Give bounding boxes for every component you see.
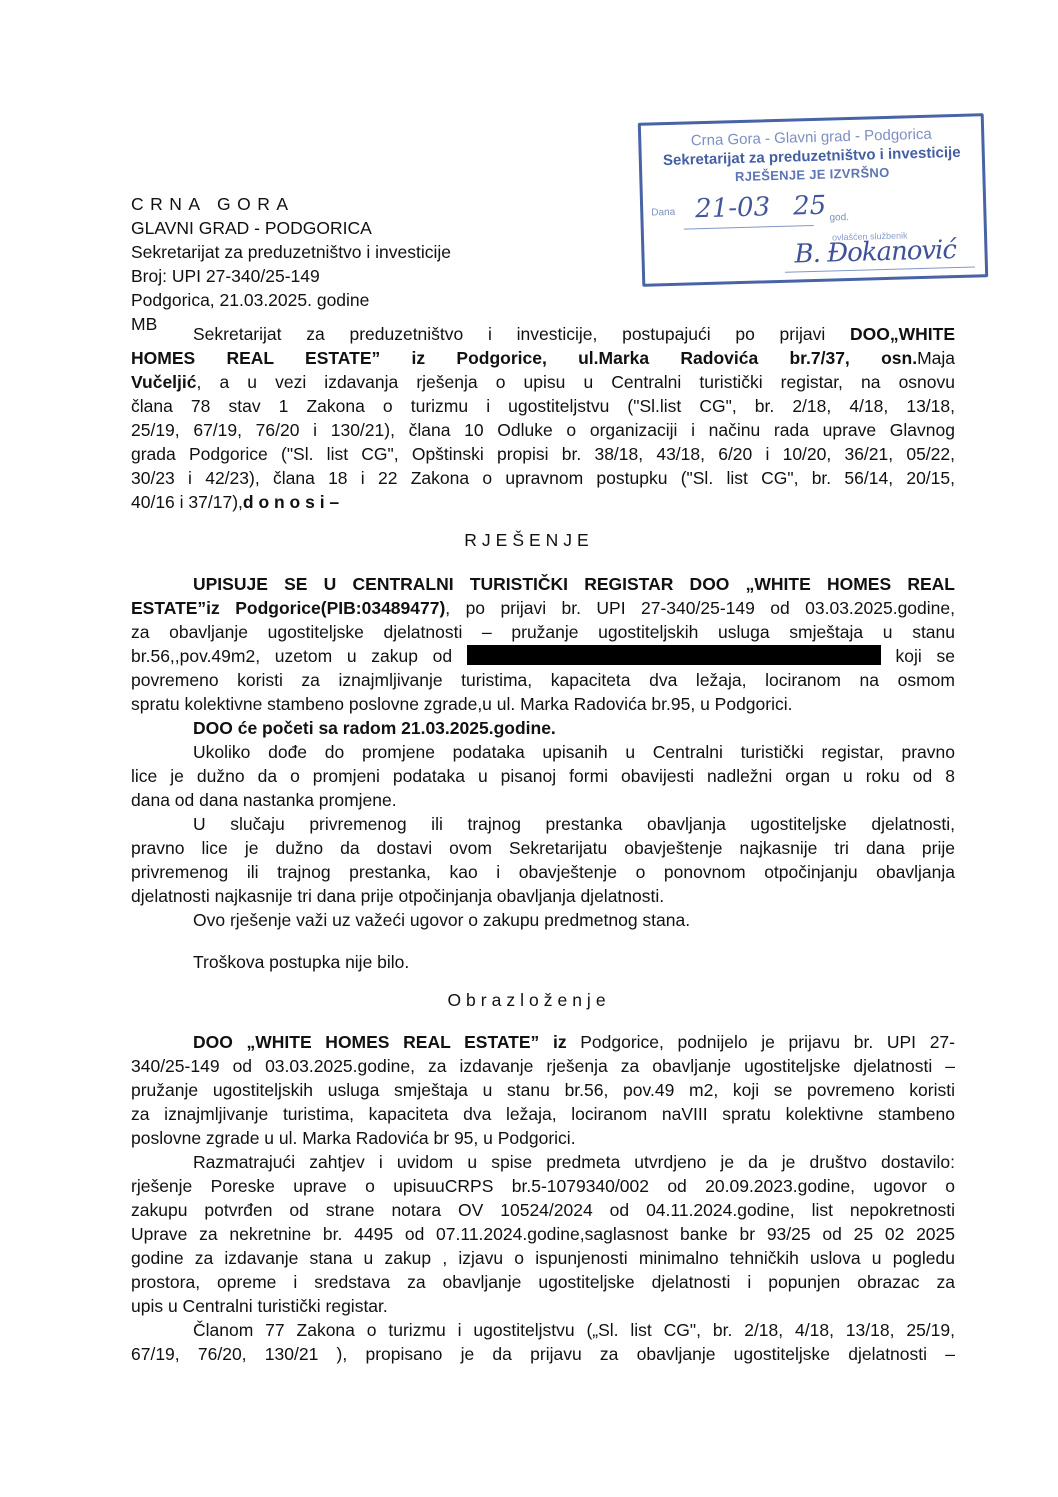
- cease-line-3: privremenog ili trajnog prestanka, kao i…: [131, 860, 955, 884]
- preamble-line-2: HOMES REAL ESTATE” iz Podgorice, ul.Mark…: [131, 346, 955, 370]
- department-name: Sekretarijat za preduzetništvo i investi…: [131, 240, 451, 264]
- reasoning-p1-line-3: pružanje ugostiteljskih usluga smještaja…: [131, 1078, 955, 1102]
- decision-line-5: povremeno koristi za iznajmljivanje turi…: [131, 668, 955, 692]
- stamp-year-suffix: god.: [829, 212, 849, 224]
- decision-line-2: ESTATE”iz Podgorice(PIB:03489477), po pr…: [131, 596, 955, 620]
- place-date: Podgorica, 21.03.2025. godine: [131, 288, 451, 312]
- stamp-date-label: Dana: [651, 207, 675, 219]
- signature: B. Đokanović: [794, 235, 956, 269]
- preamble-line-1: Sekretarijat za preduzetništvo i investi…: [193, 322, 955, 346]
- reasoning-p1-line-4: za iznajmljivanje turistima, kapaciteta …: [131, 1102, 955, 1126]
- reasoning-p2-line-1: Razmatrajući zahtjev i uvidom u spise pr…: [193, 1150, 955, 1174]
- reasoning-p1-line-1: DOO „WHITE HOMES REAL ESTATE” iz Podgori…: [193, 1030, 955, 1054]
- document-page: Crna Gora - Glavni grad - Podgorica Sekr…: [0, 0, 1058, 1497]
- decision-line-4: br.56,,pov.49m2, uzetom u zakup od koji …: [131, 644, 955, 668]
- validity-line: Ovo rješenje važi uz važeći ugovor o zak…: [193, 908, 955, 932]
- decision-title: RJEŠENJE: [0, 530, 1058, 551]
- reasoning-p3-line-1: Članom 77 Zakona o turizmu i ugostiteljs…: [193, 1318, 955, 1342]
- preamble-line-4: člana 78 stav 1 Zakona o turizmu i ugost…: [131, 394, 955, 418]
- costs-line: Troškova postupka nije bilo.: [193, 950, 955, 974]
- preamble-line-8: 40/16 i 37/17),d o n o s i –: [131, 490, 955, 514]
- cease-line-2: pravno lice je dužno da dostavi ovom Sek…: [131, 836, 955, 860]
- decision-line-1: UPISUJE SE U CENTRALNI TURISTIČKI REGIST…: [193, 572, 955, 596]
- country-name: CRNA GORA: [131, 192, 451, 216]
- preamble-line-6: grada Podgorice ("Sl. list CG", Opštinsk…: [131, 442, 955, 466]
- preamble-line-3: Vučeljić, a u vezi izdavanja rješenja o …: [131, 370, 955, 394]
- reasoning-p2-line-6: prostora, opreme i sredstava za obavljan…: [131, 1270, 955, 1294]
- case-number: Broj: UPI 27-340/25-149: [131, 264, 451, 288]
- reasoning-title: Obrazloženje: [0, 990, 1058, 1011]
- reasoning-p2-line-7: upis u Centralni turistički registar.: [131, 1294, 955, 1318]
- document-header: CRNA GORA GLAVNI GRAD - PODGORICA Sekret…: [131, 192, 451, 336]
- change-line-2: lice je dužno da o promjeni podataka u p…: [131, 764, 955, 788]
- reasoning-p2-line-5: godine za izdavanje stana u zakup , izja…: [131, 1246, 955, 1270]
- city-name: GLAVNI GRAD - PODGORICA: [131, 216, 451, 240]
- decision-line-3: za obavljanje ugostiteljske djelatnosti …: [131, 620, 955, 644]
- cease-line-4: djelatnosti najkasnije tri dana prije ot…: [131, 884, 955, 908]
- change-line-3: dana od dana nastanka promjene.: [131, 788, 955, 812]
- reasoning-p2-line-4: Uprave za nekretnine br. 4495 od 07.11.2…: [131, 1222, 955, 1246]
- official-stamp: Crna Gora - Glavni grad - Podgorica Sekr…: [638, 113, 988, 287]
- start-date-line: DOO će početi sa radom 21.03.2025.godine…: [193, 716, 955, 740]
- reasoning-p2-line-3: zakupu potvrđen od strane notara OV 1052…: [131, 1198, 955, 1222]
- stamp-year-handwritten: 25: [793, 191, 827, 222]
- reasoning-p1-line-2: 340/25-149 od 03.03.2025.godine, za izda…: [131, 1054, 955, 1078]
- cease-line-1: U slučaju privremenog ili trajnog presta…: [193, 812, 955, 836]
- preamble-line-7: 30/23 i 42/23), člana 18 i 22 Zakona o u…: [131, 466, 955, 490]
- reasoning-p2-line-2: rješenje Poreske uprave o upisuuCRPS br.…: [131, 1174, 955, 1198]
- reasoning-p3-line-2: 67/19, 76/20, 130/21 ), propisano je da …: [131, 1342, 955, 1366]
- stamp-date-handwritten: 21-03: [695, 192, 771, 224]
- redaction-bar: [467, 645, 881, 665]
- stamp-date-line: [684, 225, 814, 230]
- preamble-line-5: 25/19, 67/19, 76/20 i 130/21), člana 10 …: [131, 418, 955, 442]
- change-line-1: Ukoliko dođe do promjene podataka upisan…: [193, 740, 955, 764]
- decision-line-6: spratu kolektivne stambeno poslovne zgra…: [131, 692, 955, 716]
- reasoning-p1-line-5: poslovne zgrade u ul. Marka Radovića br …: [131, 1126, 955, 1150]
